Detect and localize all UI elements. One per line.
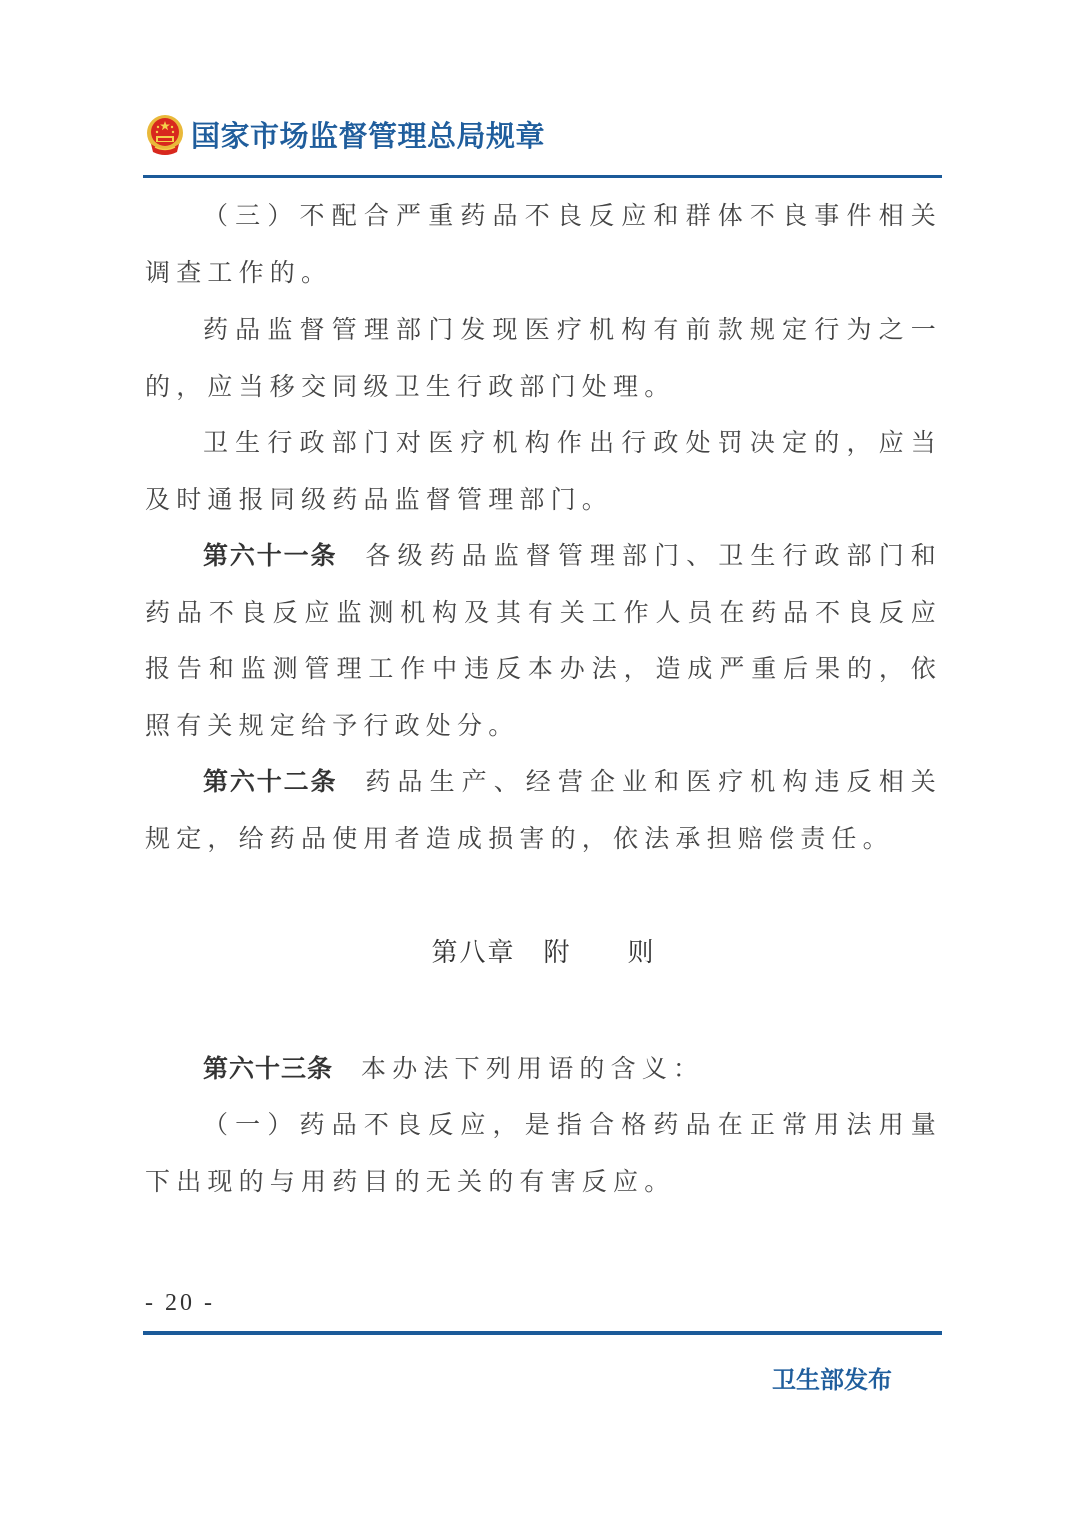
header-divider: [143, 175, 942, 178]
paragraph: （三）不配合严重药品不良反应和群体不良事件相关调查工作的。: [145, 188, 942, 301]
article-63: 第六十三条本办法下列用语的含义：: [145, 1041, 942, 1098]
national-emblem-icon: [145, 114, 185, 158]
article-text: 各级药品监督管理部门、卫生行政部门和药品不良反应监测机构及其有关工作人员在药品不…: [145, 541, 942, 740]
paragraph: 药品监督管理部门发现医疗机构有前款规定行为之一的，应当移交同级卫生行政部门处理。: [145, 302, 942, 415]
article-text: 本办法下列用语的含义：: [361, 1054, 704, 1083]
page-number: - 20 -: [145, 1290, 215, 1317]
paragraph: 卫生行政部门对医疗机构作出行政处罚决定的，应当及时通报同级药品监督管理部门。: [145, 415, 942, 528]
publisher-label: 卫生部发布: [772, 1360, 892, 1395]
header-title: 国家市场监督管理总局规章: [191, 114, 545, 158]
article-61: 第六十一条各级药品监督管理部门、卫生行政部门和药品不良反应监测机构及其有关工作人…: [145, 528, 942, 754]
article-label: 第六十三条: [203, 1054, 333, 1083]
footer-divider: [143, 1331, 942, 1335]
chapter-heading: 第八章 附 则: [145, 932, 942, 969]
article-label: 第六十一条: [203, 541, 337, 570]
document-header: 国家市场监督管理总局规章: [145, 114, 545, 158]
article-label: 第六十二条: [203, 767, 337, 796]
article-62: 第六十二条药品生产、经营企业和医疗机构违反相关规定，给药品使用者造成损害的，依法…: [145, 754, 942, 867]
definition-item: （一）药品不良反应，是指合格药品在正常用法用量下出现的与用药目的无关的有害反应。: [145, 1097, 942, 1210]
